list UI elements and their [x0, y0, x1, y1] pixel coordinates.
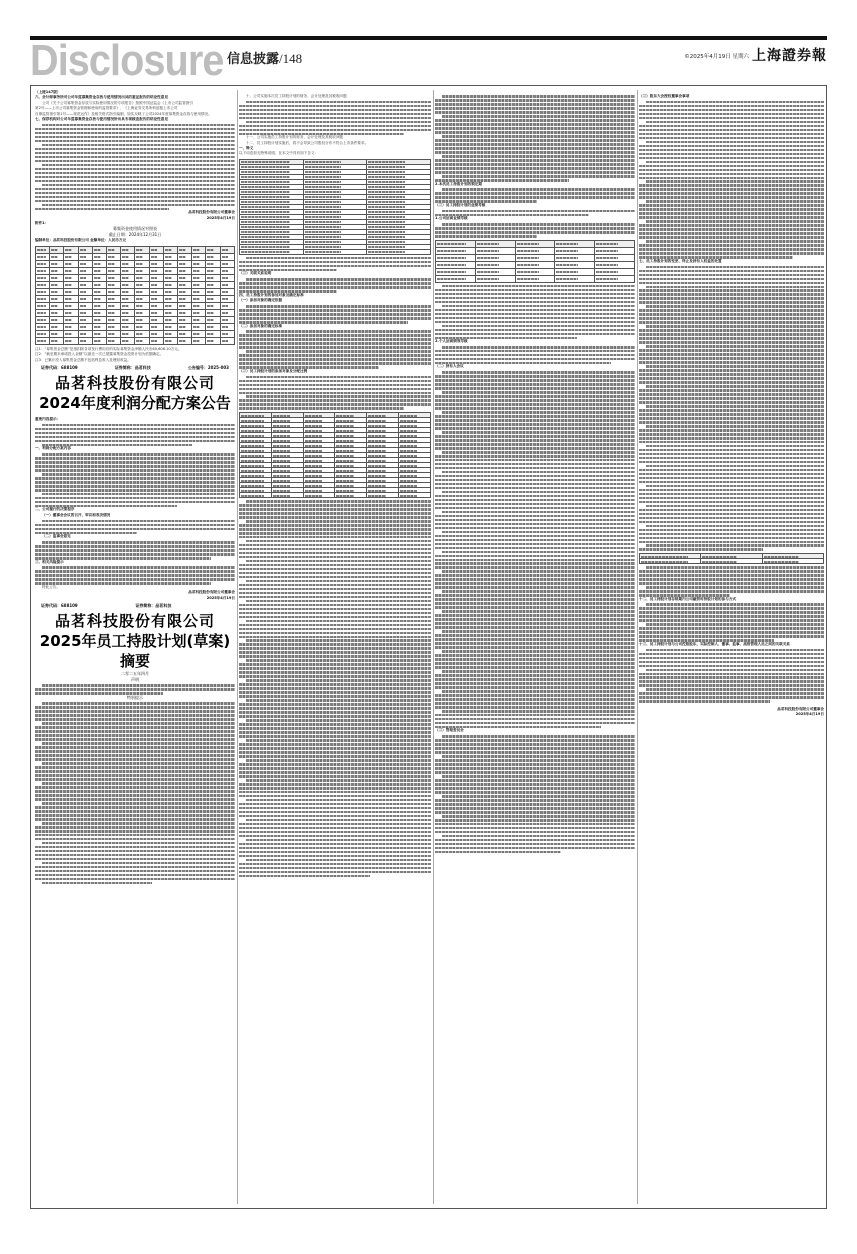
column-3: 2.本次员工持股计划的锁定期 （三）员工持股计划的业绩考核 1.公司层面业绩考核…: [435, 90, 635, 1204]
text-line: [239, 843, 431, 846]
text-line: [239, 572, 431, 575]
text-line: [639, 497, 824, 500]
table-cell: [149, 316, 163, 323]
text-line: [646, 141, 824, 144]
table-cell: [178, 323, 192, 330]
text-line: [239, 655, 431, 658]
table-cell: [78, 274, 92, 281]
table-cell: [121, 288, 135, 295]
text-line: [435, 455, 635, 458]
table-cell: [178, 302, 192, 309]
text-line: [435, 439, 635, 442]
table-cell: [149, 267, 163, 274]
table-cell: [475, 254, 515, 261]
table-cell: [555, 254, 595, 261]
text-line: [435, 519, 635, 522]
text-line: [646, 485, 824, 488]
section-heading: （三）关联关系说明: [239, 271, 431, 276]
table-cell: [149, 288, 163, 295]
text-line: [35, 532, 137, 535]
text-line: [35, 734, 235, 737]
table-cell: [163, 295, 177, 302]
text-line: [639, 473, 824, 476]
text-line: [442, 835, 635, 838]
text-line: [639, 125, 824, 128]
table-cell: [220, 267, 234, 274]
text-line: [639, 278, 824, 281]
table-cell: [271, 493, 303, 498]
text-line: [639, 673, 824, 676]
body-text-block: [35, 124, 235, 210]
text-line: [239, 399, 431, 402]
table-cell: [206, 302, 220, 309]
table-cell: [192, 253, 206, 260]
table-cell: [220, 288, 234, 295]
text-line: [646, 101, 824, 104]
text-line: [239, 667, 431, 670]
text-line: [442, 188, 635, 191]
text-line: [239, 723, 431, 726]
table-cell: [206, 260, 220, 267]
text-line: [435, 831, 635, 834]
table-cell: [436, 268, 476, 275]
text-line: [442, 755, 635, 758]
table-cell: [92, 316, 106, 323]
text-line: [442, 155, 635, 158]
text-line: [239, 815, 431, 818]
table-cell: [121, 302, 135, 309]
table-cell: [107, 330, 121, 337]
text-line: [35, 545, 235, 548]
table-row: [436, 240, 635, 247]
table-cell: [135, 274, 149, 281]
text-line: [35, 570, 235, 573]
text-line: [639, 627, 824, 630]
text-line: [35, 692, 163, 695]
text-line: [639, 244, 824, 247]
table-cell: [192, 267, 206, 274]
table-row: [36, 323, 235, 330]
table-row: [36, 330, 235, 337]
table-cell: [178, 267, 192, 274]
text-line: [639, 594, 730, 597]
text-line: [239, 671, 431, 674]
table-cell: [92, 253, 106, 260]
text-line: [435, 139, 635, 142]
text-line: [639, 639, 774, 642]
table-row: [36, 295, 235, 302]
text-line: [435, 678, 635, 681]
text-line: [646, 161, 824, 164]
text-line: [246, 839, 431, 842]
table-cell: [36, 267, 50, 274]
text-line: [442, 710, 635, 713]
table-cell: [36, 260, 50, 267]
table-cell: [135, 267, 149, 274]
table-cell: [107, 288, 121, 295]
text-line: [239, 735, 431, 738]
table-cell: [192, 330, 206, 337]
text-line: [646, 200, 824, 203]
text-line: [239, 403, 431, 406]
column-divider: [237, 90, 238, 1204]
table-cell: [220, 246, 234, 253]
text-line: [435, 539, 635, 542]
text-line: [639, 321, 824, 324]
text-line: [435, 387, 635, 390]
text-line: [442, 570, 635, 573]
text-line: [639, 224, 824, 227]
text-line: [639, 631, 824, 634]
text-line: [442, 305, 635, 308]
stock-code: 证券代码：688109: [41, 365, 78, 371]
text-line: [639, 117, 824, 120]
table-cell: [149, 302, 163, 309]
text-line: [35, 461, 235, 464]
text-line: [639, 582, 824, 585]
table-cell: [78, 281, 92, 288]
text-line: [239, 747, 431, 750]
text-line: [639, 188, 824, 191]
table-cell: [163, 253, 177, 260]
text-line: [435, 309, 635, 312]
text-line: [239, 835, 431, 838]
text-line: [639, 341, 824, 344]
table-cell: [163, 260, 177, 267]
text-line: [639, 417, 824, 420]
body-text-block: [35, 453, 235, 507]
table-cell: [135, 316, 149, 323]
body-text-block: [435, 285, 635, 339]
table-cell: [436, 240, 476, 247]
table-cell: [206, 337, 220, 344]
text-line: [435, 618, 635, 621]
text-line: [239, 847, 431, 850]
text-line: [435, 495, 635, 498]
text-line: [639, 165, 824, 168]
text-line: [646, 649, 824, 652]
text-line: [239, 366, 379, 369]
text-line: [435, 301, 635, 304]
text-line: [639, 145, 824, 148]
text-line: [639, 297, 824, 300]
text-line: [435, 507, 635, 510]
table-cell: [36, 316, 50, 323]
text-line: [239, 317, 431, 320]
text-line: [239, 731, 431, 734]
text-line: [246, 330, 431, 333]
text-line: [639, 389, 824, 392]
table-cell: [36, 288, 50, 295]
text-line: [42, 862, 235, 865]
text-line: [435, 566, 635, 569]
table-cell: [135, 323, 149, 330]
text-line: [35, 432, 235, 435]
stock-abbr: 证券简称：品茗科技: [115, 365, 151, 371]
table-cell: [36, 274, 50, 281]
table-cell: [78, 330, 92, 337]
text-line: [35, 469, 235, 472]
text-line: [435, 289, 635, 292]
table-cell: [64, 274, 78, 281]
body-text: 七、保荐机构对公司年度募集资金存放与使用情况所出具专项核查报告的结论性意见: [35, 117, 235, 122]
table-cell: [206, 316, 220, 323]
text-line: [639, 578, 824, 581]
text-line: [239, 309, 431, 312]
section-title: 信息披露/148: [227, 48, 302, 67]
table-cell: [595, 275, 635, 282]
table-cell: [92, 309, 106, 316]
text-line: [646, 266, 824, 269]
text-line: [442, 411, 635, 414]
text-line: [442, 610, 635, 613]
text-line: [435, 642, 635, 645]
body-text: 十、公司实施本次员工持股计划的财务、会计处理及其税收问题: [239, 94, 431, 99]
text-line: [646, 603, 824, 606]
text-line: [42, 842, 235, 845]
text-line: [42, 882, 152, 885]
text-line: [35, 128, 235, 131]
body-text-block: [35, 684, 235, 695]
table-cell: [135, 281, 149, 288]
text-line: [639, 676, 824, 679]
table-cell: [92, 288, 106, 295]
table-cell: [192, 246, 206, 253]
text-line: [42, 424, 235, 427]
text-line: [435, 807, 635, 810]
text-line: [239, 811, 431, 814]
text-line: [442, 431, 635, 434]
table-cell: [135, 302, 149, 309]
text-line: [639, 377, 824, 380]
text-line: [442, 590, 635, 593]
table-cell: [121, 323, 135, 330]
text-line: [639, 684, 824, 687]
text-line: [42, 802, 235, 805]
text-line: [646, 505, 824, 508]
table-cell: [436, 275, 476, 282]
table-cell: [206, 330, 220, 337]
stock-code-bar: 证券代码：688109 证券简称：品茗科技 公告编号：2025-003: [35, 363, 235, 373]
text-line: [239, 827, 431, 830]
text-line: [239, 133, 404, 136]
table-row: [36, 316, 235, 323]
body-text-block: [35, 541, 235, 560]
text-line: [435, 527, 635, 530]
text-line: [646, 688, 824, 691]
text-line: [435, 779, 635, 782]
text-line: [246, 376, 431, 379]
text-line: [239, 691, 431, 694]
table-cell: [64, 309, 78, 316]
section-heading: 重要内容提示：: [35, 417, 235, 422]
text-line: [35, 790, 235, 793]
text-line: [239, 552, 431, 555]
text-line: [435, 103, 635, 106]
section-heading: 2.本次员工持股计划的锁定期: [435, 182, 635, 187]
text-line: [246, 659, 431, 662]
text-line: [639, 665, 824, 668]
text-line: [42, 762, 235, 765]
text-line: [239, 407, 404, 410]
column-divider: [637, 90, 638, 1204]
table-cell: [149, 260, 163, 267]
text-line: [639, 337, 824, 340]
table-cell: [36, 281, 50, 288]
text-line: [42, 684, 235, 687]
text-line: [435, 358, 635, 361]
table-cell: [515, 254, 555, 261]
text-line: [42, 566, 235, 569]
table-cell: [335, 493, 367, 498]
text-line: [246, 799, 431, 802]
table-cell: [149, 309, 163, 316]
text-line: [239, 628, 431, 631]
table-cell: [92, 337, 106, 344]
text-line: [442, 491, 635, 494]
text-line: [435, 714, 635, 717]
text-line: [42, 124, 235, 127]
text-line: [42, 453, 235, 456]
text-line: [239, 651, 431, 654]
text-line: [639, 635, 824, 638]
text-line: [639, 421, 824, 424]
table-cell: [240, 493, 272, 498]
text-line: [435, 350, 635, 353]
text-line: [35, 810, 235, 813]
text-line: [639, 607, 824, 610]
text-line: [239, 544, 431, 547]
text-line: [435, 159, 635, 162]
table-row: [36, 253, 235, 260]
table-cell: [163, 337, 177, 344]
text-line: [435, 839, 635, 842]
text-line: [239, 516, 431, 519]
text-line: [435, 586, 635, 589]
text-line: [639, 349, 824, 352]
table-cell: [220, 295, 234, 302]
text-line: [442, 371, 635, 374]
text-line: [239, 596, 431, 599]
text-line: [435, 427, 635, 430]
text-line: [239, 643, 431, 646]
text-line: [435, 574, 635, 577]
text-line: [42, 444, 192, 447]
text-line: [435, 722, 635, 725]
text-line: [239, 113, 431, 116]
text-line: [42, 520, 235, 523]
table-cell: [220, 316, 234, 323]
section-heading: （三）员工持股计划的参加对象及分配比例: [239, 369, 431, 374]
text-line: [239, 751, 431, 754]
text-line: [435, 614, 635, 617]
text-line: [646, 121, 824, 124]
text-line: [239, 576, 431, 579]
text-line: [239, 362, 431, 365]
table-cell: [121, 281, 135, 288]
text-line: [42, 184, 235, 187]
text-line: [639, 509, 824, 512]
table-row: [36, 302, 235, 309]
text-line: [239, 616, 431, 619]
section-heading: 特别提示: [35, 695, 235, 701]
table-cell: [595, 254, 635, 261]
announcement-title: 2024年度利润分配方案公告: [35, 393, 235, 413]
text-line: [442, 451, 635, 454]
text-line: [239, 269, 337, 272]
text-line: [239, 703, 431, 706]
table-cell: [595, 240, 635, 247]
table-cell: [367, 493, 399, 498]
text-line: [239, 321, 408, 324]
text-line: [239, 384, 431, 387]
text-line: [35, 136, 235, 139]
text-line: [639, 274, 824, 277]
table-cell: [36, 330, 50, 337]
text-line: [35, 477, 235, 480]
text-line: [239, 715, 431, 718]
text-line: [246, 520, 431, 523]
text-line: [639, 548, 763, 551]
text-line: [239, 695, 431, 698]
text-line: [35, 457, 235, 460]
text-line: [646, 586, 824, 589]
body-text-block: [35, 424, 235, 447]
text-line: [639, 357, 824, 360]
text-line: [435, 463, 635, 466]
text-line: [646, 385, 824, 388]
table-row: [36, 288, 235, 295]
text-line: [639, 109, 824, 112]
table-cell: [475, 275, 515, 282]
text-line: [639, 196, 824, 199]
dateline: ©2025年4月19日 星期六: [684, 52, 749, 60]
text-line: [35, 168, 235, 171]
text-line: [246, 350, 431, 353]
table-cell: [64, 323, 78, 330]
table-cell: [135, 288, 149, 295]
text-line: [239, 592, 431, 595]
table-cell: [92, 281, 106, 288]
text-line: [639, 157, 824, 160]
text-line: [435, 694, 635, 697]
table-cell: [92, 302, 106, 309]
section-heading: 1.公司层面业绩考核: [435, 216, 635, 221]
text-line: [442, 175, 635, 178]
text-line: [639, 177, 824, 180]
text-line: [35, 465, 235, 468]
table-cell: [149, 330, 163, 337]
text-line: [435, 147, 635, 150]
body-text-block: [639, 603, 824, 641]
text-line: [435, 123, 635, 126]
text-line: [435, 227, 635, 230]
table-cell: [149, 295, 163, 302]
text-line: [435, 523, 635, 526]
text-line: [435, 851, 561, 854]
text-line: [435, 407, 635, 410]
text-line: [639, 521, 824, 524]
text-line: [435, 751, 635, 754]
table-cell: [50, 295, 64, 302]
text-line: [639, 692, 824, 695]
text-line: [435, 682, 635, 685]
text-line: [639, 232, 824, 235]
text-line: [435, 718, 635, 721]
text-line: [35, 160, 235, 163]
text-line: [639, 696, 824, 699]
text-line: [239, 358, 431, 361]
